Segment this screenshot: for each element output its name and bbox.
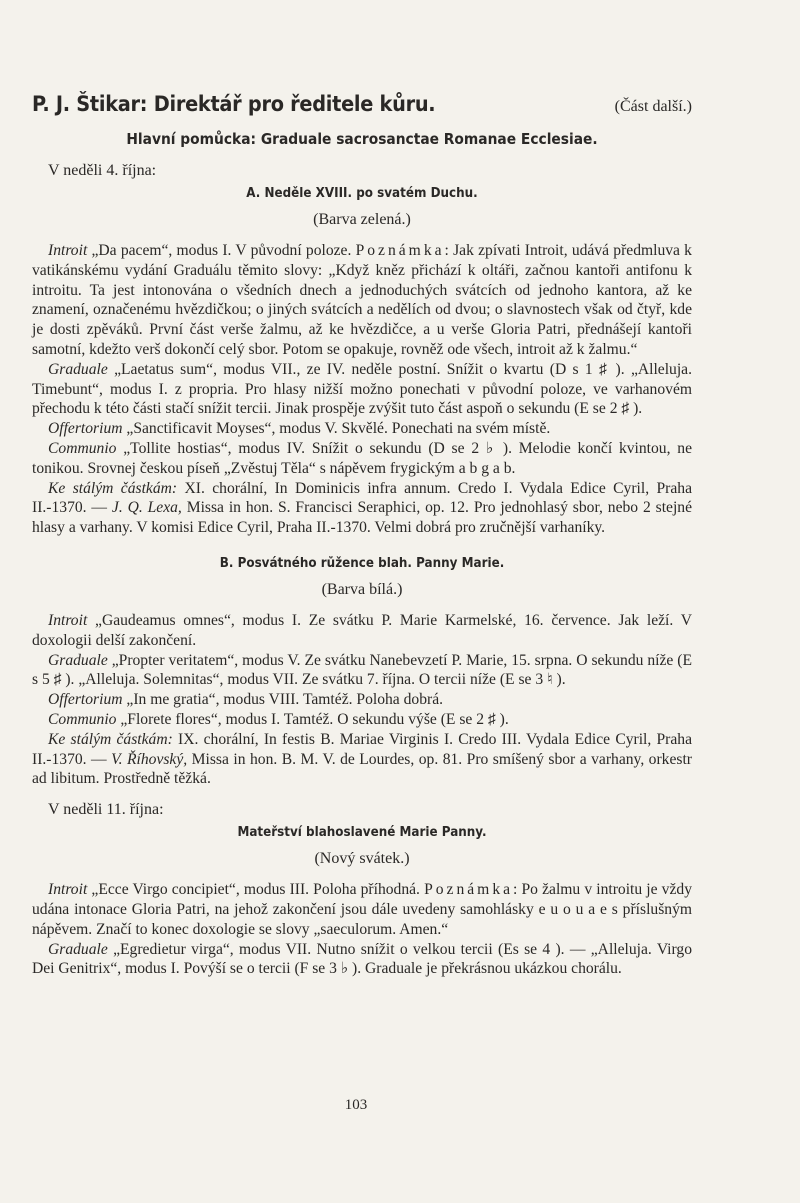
section-heading: B. Posvátného růžence blah. Panny Marie. <box>58 556 665 571</box>
paragraph-introit: Introit „Da pacem“, modus I. V původní p… <box>32 241 692 360</box>
paragraph-graduale: Graduale „Egredietur virga“, modus VII. … <box>32 940 692 980</box>
date-line: V neděli 11. října: <box>48 801 692 819</box>
liturgical-color-note: (Barva zelená.) <box>32 211 692 229</box>
document-page: P. J. Štikar: Direktář pro ředitele kůru… <box>32 92 692 979</box>
liturgical-color-note: (Barva bílá.) <box>32 581 692 599</box>
paragraph-offertorium: Offertorium „Sanctificavit Moyses“, modu… <box>32 419 692 439</box>
page-number: 103 <box>0 1097 756 1114</box>
paragraph-ordinary: Ke stálým částkám: IX. chorální, In fest… <box>32 730 692 789</box>
paragraph-graduale: Graduale „Propter veritatem“, modus V. Z… <box>32 651 692 691</box>
paragraph-communio: Communio „Florete flores“, modus I. Tamt… <box>32 710 692 730</box>
paragraph-communio: Communio „Tollite hostias“, modus IV. Sn… <box>32 439 692 479</box>
part-label: (Část další.) <box>615 98 692 116</box>
paragraph-offertorium: Offertorium „In me gratia“, modus VIII. … <box>32 690 692 710</box>
paragraph-introit: Introit „Ecce Virgo concipiet“, modus II… <box>32 880 692 939</box>
article-title: P. J. Štikar: Direktář pro ředitele kůru… <box>32 92 435 116</box>
section-heading: Mateřství blahoslavené Marie Panny. <box>58 825 665 840</box>
paragraph-introit: Introit „Gaudeamus omnes“, modus I. Ze s… <box>32 611 692 651</box>
liturgical-color-note: (Nový svátek.) <box>32 850 692 868</box>
subtitle: Hlavní pomůcka: Graduale sacrosanctae Ro… <box>58 130 665 148</box>
paragraph-graduale: Graduale „Laetatus sum“, modus VII., ze … <box>32 360 692 419</box>
date-line: V neděli 4. října: <box>48 162 692 180</box>
title-row: P. J. Štikar: Direktář pro ředitele kůru… <box>32 92 692 116</box>
paragraph-ordinary: Ke stálým částkám: XI. chorální, In Domi… <box>32 479 692 538</box>
section-heading: A. Neděle XVIII. po svatém Duchu. <box>58 186 665 201</box>
